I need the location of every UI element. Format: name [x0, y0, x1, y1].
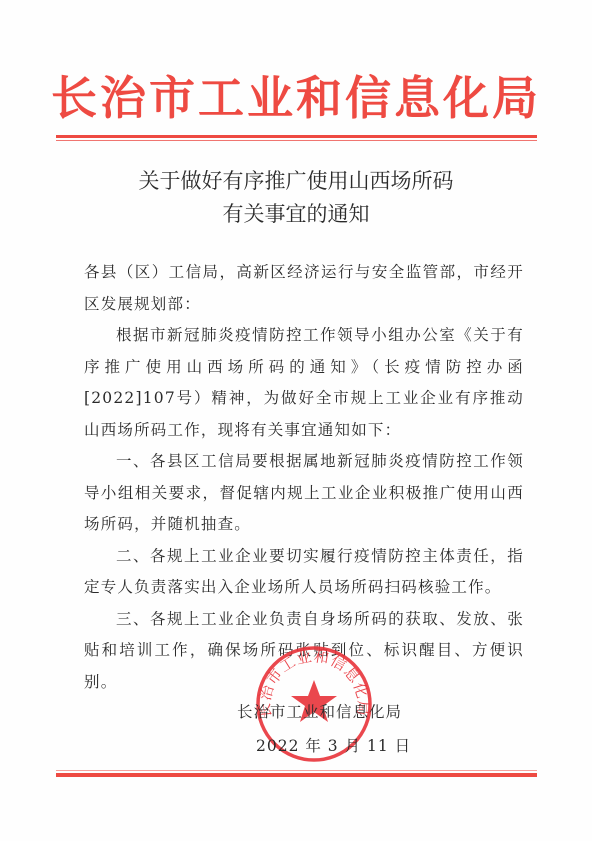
salutation: 各县（区）工信局，高新区经济运行与安全监管部，市经开区发展规划部： [84, 257, 524, 320]
agency-letterhead: 长治市工业和信息化局 [0, 70, 592, 126]
document-body: 各县（区）工信局，高新区经济运行与安全监管部，市经开区发展规划部： 根据市新冠肺… [84, 257, 524, 698]
letterhead-divider-thin [56, 140, 537, 141]
paragraph-item-2: 二、各规上工业企业要切实履行疫情防控主体责任，指定专人负责落实出入企业场所人员场… [84, 541, 524, 604]
document-title-line1: 关于做好有序推广使用山西场所码 [0, 166, 592, 196]
footer-divider-thin [56, 770, 537, 771]
footer-divider-thick [56, 773, 537, 777]
paragraph-intro: 根据市新冠肺炎疫情防控工作领导小组办公室《关于有序推广使用山西场所码的通知》（长… [84, 320, 524, 446]
signature-org: 长治市工业和信息化局 [237, 700, 402, 722]
letterhead-divider-thick [56, 135, 537, 138]
signature-date: 2022 年 3 月 11 日 [256, 734, 411, 756]
paragraph-item-1: 一、各县区工信局要根据属地新冠肺炎疫情防控工作领导小组相关要求，督促辖内规上工业… [84, 446, 524, 541]
document-title-line2: 有关事宜的通知 [0, 199, 592, 229]
